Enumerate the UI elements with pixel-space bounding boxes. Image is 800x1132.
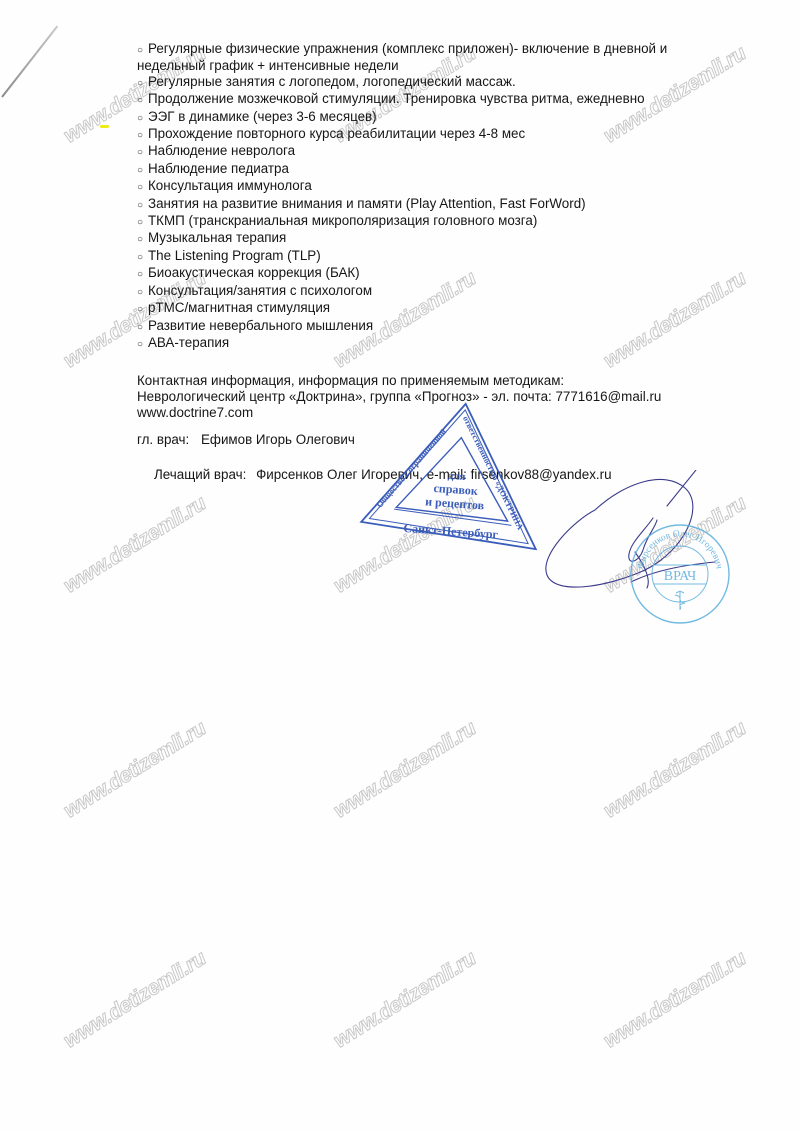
round-stamp-center-text: ВРАЧ [664,569,696,584]
recommendation-item: ○Регулярные физические упражнения (компл… [137,41,677,74]
recommendation-text: The Listening Program (TLP) [148,248,321,263]
recommendation-item: ○ЭЭГ в динамике (через 3-6 месяцев) [137,109,697,126]
scan-artifact-line [1,25,58,97]
recommendation-item: ○The Listening Program (TLP) [137,248,697,265]
watermark-text: www.detizemli.ru [583,935,767,1065]
round-doctor-stamp: Фирсенков Олег Игоревич ВРАЧ [628,522,732,626]
stamp-bottom-text: Санкт-Петербург [403,521,499,542]
recommendations-section: ○Регулярные физические упражнения (компл… [137,41,697,352]
document-page: www.detizemli.ruwww.detizemli.ruwww.deti… [0,0,800,1132]
recommendation-item: ○Консультация иммунолога [137,178,697,195]
circle-bullet-icon: ○ [137,198,148,213]
recommendation-item: ○ТКМП (транскраниальная микрополяризация… [137,213,697,230]
circle-bullet-icon: ○ [137,215,148,230]
recommendation-text: Биоакустическая коррекция (БАК) [148,265,360,280]
circle-bullet-icon: ○ [137,302,148,317]
circle-bullet-icon: ○ [137,250,148,265]
recommendation-item: ○Музыкальная терапия [137,230,697,247]
chief-doctor-name: Ефимов Игорь Олегович [201,432,355,447]
circle-bullet-icon: ○ [137,93,148,108]
recommendation-text: АВА-терапия [148,335,229,350]
recommendation-item: ○Консультация/занятия с психологом [137,283,697,300]
recommendation-text: Регулярные занятия с логопедом, логопеди… [148,74,516,89]
attending-doctor-label: Лечащий врач: [154,467,246,482]
circle-bullet-icon: ○ [137,337,148,352]
recommendation-text: ТКМП (транскраниальная микрополяризация … [148,213,537,228]
recommendation-text: Консультация/занятия с психологом [148,283,372,298]
recommendation-text: Наблюдение невролога [148,143,295,158]
recommendation-item: ○Биоакустическая коррекция (БАК) [137,265,697,282]
chief-doctor: гл. врач: Ефимов Игорь Олегович [137,432,355,447]
circle-bullet-icon: ○ [137,320,148,335]
contact-heading: Контактная информация, информация по при… [137,373,661,389]
recommendation-item: ○Развитие невербального мышления [137,318,697,335]
recommendation-item: ○Продолжение мозжечковой стимуляции. Тре… [137,91,697,108]
circle-bullet-icon: ○ [137,76,148,91]
circle-bullet-icon: ○ [137,145,148,160]
chief-doctor-label: гл. врач: [137,432,189,447]
watermark-text: www.detizemli.ru [583,705,767,835]
circle-bullet-icon: ○ [137,232,148,247]
recommendation-text: Регулярные физические упражнения (компле… [137,41,667,73]
watermark-text: www.detizemli.ru [43,935,227,1065]
recommendation-text: Занятия на развитие внимания и памяти (P… [148,196,586,211]
recommendation-text: Развитие невербального мышления [148,318,373,333]
watermark-text: www.detizemli.ru [43,705,227,835]
svg-text:ответственностью «ДОКТРИНА»: ответственностью «ДОКТРИНА» [350,395,535,533]
recommendation-text: Наблюдение педиатра [148,161,289,176]
recommendation-text: рТМС/магнитная стимуляция [148,300,330,315]
circle-bullet-icon: ○ [137,285,148,300]
circle-bullet-icon: ○ [137,163,148,178]
highlighter-mark [100,125,109,128]
recommendation-text: ЭЭГ в динамике (через 3-6 месяцев) [148,109,377,124]
stamp-right-text: ответственностью «ДОКТРИНА» [350,395,535,533]
recommendation-item: ○рТМС/магнитная стимуляция [137,300,697,317]
recommendation-item: ○Наблюдение невролога [137,143,697,160]
recommendation-text: Продолжение мозжечковой стимуляции. Трен… [148,91,645,106]
circle-bullet-icon: ○ [137,180,148,195]
recommendation-text: Консультация иммунолога [148,178,312,193]
triangle-stamp: Общество с ограниченной ответственностью… [350,395,550,565]
recommendations-list: ○Регулярные физические упражнения (компл… [137,41,697,352]
recommendation-item: ○Прохождение повторного курса реабилитац… [137,126,697,143]
stamp-center-line-3: и рецептов [425,494,485,512]
recommendation-item: ○АВА-терапия [137,335,697,352]
circle-bullet-icon: ○ [137,43,148,58]
circle-bullet-icon: ○ [137,267,148,282]
circle-bullet-icon: ○ [137,128,148,143]
recommendation-text: Прохождение повторного курса реабилитаци… [148,126,525,141]
recommendation-item: ○Занятия на развитие внимания и памяти (… [137,196,697,213]
watermark-text: www.detizemli.ru [43,480,227,610]
recommendation-text: Музыкальная терапия [148,230,286,245]
watermark-text: www.detizemli.ru [313,935,497,1065]
recommendation-item: ○Наблюдение педиатра [137,161,697,178]
watermark-text: www.detizemli.ru [313,705,497,835]
caduceus-icon [675,591,685,610]
circle-bullet-icon: ○ [137,111,148,126]
recommendation-item: ○Регулярные занятия с логопедом, логопед… [137,74,697,91]
